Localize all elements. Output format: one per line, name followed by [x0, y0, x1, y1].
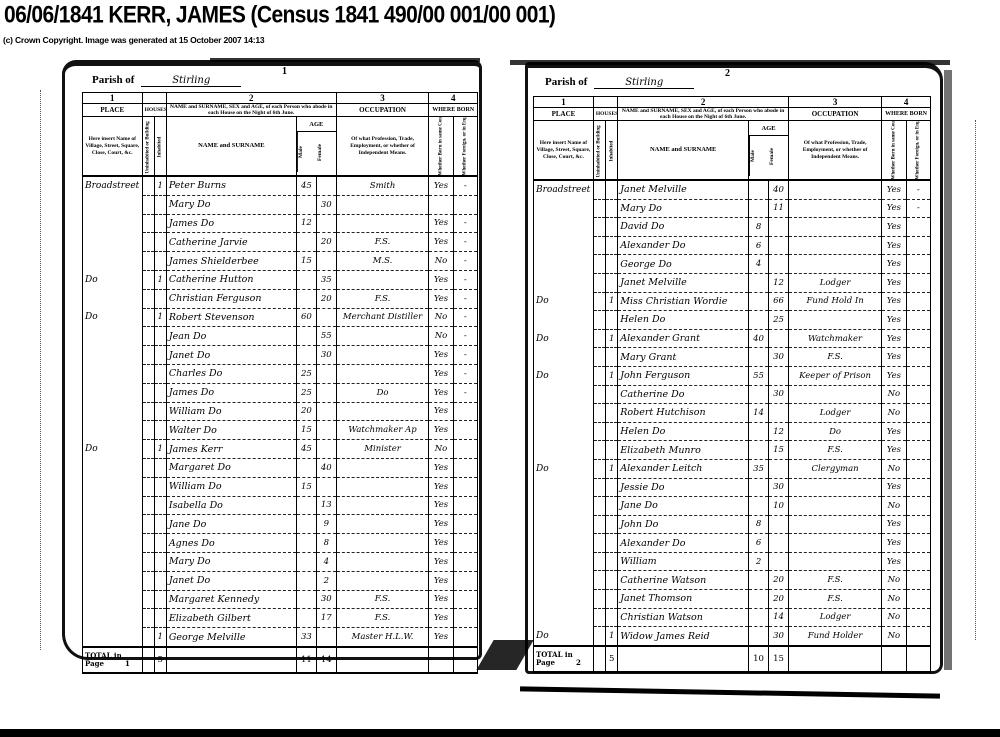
census-row: Do1John Ferguson55Keeper of PrisonYes — [534, 366, 931, 385]
column-number: 4 — [429, 93, 478, 104]
census-row: Agnes Do8Yes — [83, 534, 478, 553]
born-same-county-cell: Yes — [429, 515, 453, 534]
uninhabited-cell — [593, 590, 605, 609]
total-name-blank — [618, 646, 749, 672]
uninhabited-cell — [593, 180, 605, 199]
occupation-cell — [789, 497, 882, 516]
female-age-cell — [316, 383, 336, 402]
census-row: Helen Do25Yes — [534, 311, 931, 330]
name-cell: Janet Melville — [618, 180, 749, 199]
born-same-county-cell: Yes — [429, 364, 453, 383]
inhabited-cell — [606, 478, 618, 497]
total-females: 14 — [316, 647, 336, 673]
place-cell — [534, 608, 594, 627]
born-same-county-cell: No — [429, 308, 453, 327]
inhabited-cell: 1 — [154, 308, 166, 327]
inhabited-cell — [606, 608, 618, 627]
female-age-cell: 40 — [769, 180, 789, 199]
female-age-cell: 12 — [769, 422, 789, 441]
born-same-county-cell: No — [882, 571, 906, 590]
name-cell: Charles Do — [166, 364, 296, 383]
born-same-county-cell: Yes — [429, 609, 453, 628]
male-label: Male — [749, 136, 769, 176]
female-age-cell: 20 — [316, 289, 336, 308]
name-cell: Helen Do — [618, 311, 749, 330]
uninhabited-cell — [593, 534, 605, 553]
female-age-cell — [316, 214, 336, 233]
occupation-cell: F.S. — [789, 348, 882, 367]
uninhabited-cell — [142, 346, 154, 365]
occupation-cell — [336, 515, 429, 534]
inhabited-cell — [154, 590, 166, 609]
born-same-county-cell: Yes — [429, 534, 453, 553]
occupation-cell — [336, 270, 429, 289]
female-age-cell: 30 — [769, 627, 789, 646]
name-subheader: NAME and SURNAME — [166, 117, 296, 177]
column-number — [142, 93, 166, 104]
name-cell: Walter Do — [166, 421, 296, 440]
occupation-cell: Lodger — [789, 608, 882, 627]
name-cell: John Do — [618, 515, 749, 534]
female-age-cell: 30 — [316, 195, 336, 214]
born-elsewhere-cell — [906, 385, 930, 404]
occupation-cell — [789, 218, 882, 237]
census-row: Jessie Do30Yes — [534, 478, 931, 497]
page-edge-shadow — [510, 60, 950, 65]
inhabited-cell — [154, 421, 166, 440]
born-same-county-cell: Yes — [882, 441, 906, 460]
occupation-cell — [789, 552, 882, 571]
occupation-cell: Do — [336, 383, 429, 402]
inhabited-cell — [154, 402, 166, 421]
uninhabited-cell — [142, 458, 154, 477]
inhabited-cell — [606, 311, 618, 330]
census-row: Do1Miss Christian Wordie66Fund Hold InYe… — [534, 292, 931, 311]
born-same-county-cell: Yes — [429, 289, 453, 308]
place-cell — [83, 289, 143, 308]
female-age-cell: 13 — [316, 496, 336, 515]
place-cell — [83, 233, 143, 252]
name-cell: David Do — [618, 218, 749, 237]
born-same-county-cell: No — [882, 404, 906, 423]
born-elsewhere-cell: - — [453, 176, 477, 195]
name-cell: Jessie Do — [618, 478, 749, 497]
occupation-cell — [789, 255, 882, 274]
born-same-county-cell: No — [429, 252, 453, 271]
uninhabited-cell — [593, 459, 605, 478]
uninhabited-cell — [142, 552, 154, 571]
inhabited-cell — [606, 273, 618, 292]
census-row: Catherine Do30No — [534, 385, 931, 404]
place-cell — [534, 236, 594, 255]
page-edge-shadow — [944, 70, 952, 670]
census-row: Robert Hutchison14LodgerNo — [534, 404, 931, 423]
place-cell: Do — [534, 366, 594, 385]
born-elsewhere-cell: - — [453, 289, 477, 308]
place-cell — [83, 628, 143, 647]
name-cell: Helen Do — [618, 422, 749, 441]
occupation-cell — [789, 236, 882, 255]
born-elsewhere-header: Whether Foreign, or in England, or Irela… — [453, 117, 477, 177]
born-elsewhere-cell — [906, 366, 930, 385]
female-age-cell — [769, 515, 789, 534]
total-foreign-blank — [906, 646, 930, 672]
uninhabited-cell — [593, 441, 605, 460]
born-elsewhere-cell — [906, 236, 930, 255]
born-elsewhere-cell — [453, 590, 477, 609]
name-cell: Jane Do — [618, 497, 749, 516]
occupation-cell — [336, 214, 429, 233]
inhabited-cell — [606, 348, 618, 367]
column-number: 1 — [83, 93, 143, 104]
uninhabited-cell — [142, 214, 154, 233]
male-age-cell: 15 — [296, 477, 316, 496]
inhabited-cell — [154, 552, 166, 571]
inhabited-cell — [606, 218, 618, 237]
name-cell: Elizabeth Munro — [618, 441, 749, 460]
place-cell: Do — [83, 440, 143, 459]
born-same-county-cell: Yes — [882, 366, 906, 385]
born-same-county-cell: Yes — [429, 477, 453, 496]
born-elsewhere-cell — [453, 458, 477, 477]
female-age-cell: 10 — [769, 497, 789, 516]
female-age-cell: 30 — [769, 478, 789, 497]
inhabited-cell — [606, 199, 618, 218]
occupation-cell: Lodger — [789, 273, 882, 292]
male-age-cell — [296, 327, 316, 346]
male-age-cell — [749, 627, 769, 646]
male-age-cell — [296, 552, 316, 571]
place-cell — [534, 478, 594, 497]
born-same-county-cell: Yes — [429, 270, 453, 289]
name-cell: Catherine Watson — [618, 571, 749, 590]
name-cell: Janet Thomson — [618, 590, 749, 609]
place-cell — [534, 255, 594, 274]
name-cell: Mary Do — [166, 552, 296, 571]
male-age-cell: 55 — [749, 366, 769, 385]
born-same-county-cell — [429, 195, 453, 214]
name-cell: Janet Do — [166, 571, 296, 590]
born-elsewhere-cell — [906, 422, 930, 441]
total-row: TOTAL in Page251015 — [534, 646, 931, 672]
born-elsewhere-cell — [906, 273, 930, 292]
place-cell: Do — [534, 329, 594, 348]
census-page-right: 2 Parish of Stirling 1234PLACEHOUSESNAME… — [525, 62, 943, 674]
inhabited-cell — [154, 609, 166, 628]
born-elsewhere-cell — [453, 195, 477, 214]
born-elsewhere-cell — [453, 534, 477, 553]
born-elsewhere-cell — [906, 478, 930, 497]
place-cell: Do — [534, 627, 594, 646]
age-header: AGEMaleFemale — [296, 117, 336, 177]
female-age-cell: 15 — [769, 441, 789, 460]
place-cell — [83, 421, 143, 440]
age-label: AGE — [297, 121, 336, 132]
uninhabited-cell — [142, 289, 154, 308]
census-row: Janet Do30Yes- — [83, 346, 478, 365]
female-age-cell — [769, 459, 789, 478]
male-age-cell — [296, 233, 316, 252]
total-inhabited: 5 — [606, 646, 618, 672]
name-cell: Agnes Do — [166, 534, 296, 553]
census-row: Janet Thomson20F.S.No — [534, 590, 931, 609]
born-same-county-cell: Yes — [429, 176, 453, 195]
female-age-cell — [316, 421, 336, 440]
female-age-cell — [769, 534, 789, 553]
uninhabited-cell — [142, 534, 154, 553]
place-cell — [534, 199, 594, 218]
inhabited-cell — [154, 515, 166, 534]
born-elsewhere-header: Whether Foreign, or in England, or Irela… — [906, 121, 930, 181]
male-age-cell — [296, 590, 316, 609]
uninhabited-cell — [593, 422, 605, 441]
born-elsewhere-cell — [906, 608, 930, 627]
female-age-cell: 35 — [316, 270, 336, 289]
male-age-cell — [749, 441, 769, 460]
place-cell — [534, 515, 594, 534]
place-cell: Do — [534, 459, 594, 478]
place-cell: Do — [534, 292, 594, 311]
uninhabited-cell — [142, 477, 154, 496]
female-age-cell — [769, 552, 789, 571]
census-row: Jane Do10No — [534, 497, 931, 516]
inhabited-cell — [154, 214, 166, 233]
born-same-county-cell: Yes — [882, 552, 906, 571]
place-cell — [83, 383, 143, 402]
name-cell: Christian Ferguson — [166, 289, 296, 308]
census-row: Mary Do30 — [83, 195, 478, 214]
occupation-cell — [336, 458, 429, 477]
female-age-cell — [769, 404, 789, 423]
column-number: 3 — [336, 93, 429, 104]
born-same-county-cell: No — [882, 627, 906, 646]
inhabited-cell — [606, 385, 618, 404]
uninhabited-cell — [142, 571, 154, 590]
total-name-blank — [166, 647, 296, 673]
census-row: Catherine Watson20F.S.No — [534, 571, 931, 590]
female-age-cell — [316, 252, 336, 271]
uninhabited-cell — [593, 497, 605, 516]
place-cell — [83, 402, 143, 421]
name-cell: James Do — [166, 383, 296, 402]
occupation-subheader: Of what Profession, Trade, Employment, o… — [336, 117, 429, 177]
male-age-cell — [296, 534, 316, 553]
inhabited-cell — [154, 364, 166, 383]
male-age-cell — [749, 590, 769, 609]
born-same-county-cell: Yes — [429, 628, 453, 647]
place-cell — [83, 346, 143, 365]
uninhabited-cell — [142, 440, 154, 459]
viewer-bottom-bar — [0, 729, 1000, 737]
census-row: Isabella Do13Yes — [83, 496, 478, 515]
inhabited-cell — [606, 422, 618, 441]
female-age-cell: 66 — [769, 292, 789, 311]
census-row: Catherine Jarvie20F.S.Yes- — [83, 233, 478, 252]
where-born-header: WHERE BORN — [429, 104, 478, 117]
inhabited-cell: 1 — [154, 440, 166, 459]
female-age-cell: 20 — [316, 233, 336, 252]
name-cell: William Do — [166, 402, 296, 421]
occupation-cell: Keeper of Prison — [789, 366, 882, 385]
place-cell: Broadstreet continued — [534, 180, 594, 199]
occupation-cell: Merchant Distiller — [336, 308, 429, 327]
place-cell — [534, 311, 594, 330]
occupation-cell: M.S. — [336, 252, 429, 271]
born-elsewhere-cell — [453, 402, 477, 421]
total-occupation-blank — [336, 647, 429, 673]
uninhabited-cell — [142, 308, 154, 327]
column-number — [593, 97, 617, 108]
total-uninhabited — [142, 647, 154, 673]
age-sex-labels: MaleFemale — [297, 132, 336, 172]
census-row: Jane Do9Yes — [83, 515, 478, 534]
parish-label: Parish of — [545, 76, 587, 88]
place-cell — [83, 496, 143, 515]
census-row: Alexander Do6Yes — [534, 236, 931, 255]
census-row: Broadstreet1Peter Burns45SmithYes- — [83, 176, 478, 195]
inhabited-cell: 1 — [606, 627, 618, 646]
male-label: Male — [297, 132, 317, 172]
born-elsewhere-cell — [906, 441, 930, 460]
female-age-cell — [316, 364, 336, 383]
total-born-blank — [882, 646, 906, 672]
born-same-county-cell: Yes — [882, 422, 906, 441]
born-same-county-cell: Yes — [429, 402, 453, 421]
occupation-cell — [336, 327, 429, 346]
male-age-cell — [749, 348, 769, 367]
uninhabited-cell — [593, 218, 605, 237]
occupation-cell — [336, 496, 429, 515]
scan-noise — [40, 90, 41, 650]
place-header: PLACE — [83, 104, 143, 117]
occupation-cell: Lodger — [789, 404, 882, 423]
census-table: 1234PLACEHOUSESNAME and SURNAME, SEX and… — [82, 92, 478, 674]
total-born-blank — [429, 647, 453, 673]
name-cell: Catherine Do — [618, 385, 749, 404]
name-age-header: NAME and SURNAME, SEX and AGE, of each P… — [618, 108, 789, 121]
female-age-cell — [769, 236, 789, 255]
name-cell: Jane Do — [166, 515, 296, 534]
born-elsewhere-cell: - — [453, 252, 477, 271]
born-elsewhere-cell — [906, 627, 930, 646]
female-age-cell — [769, 366, 789, 385]
census-row: Christian Ferguson20F.S.Yes- — [83, 289, 478, 308]
occupation-cell: F.S. — [336, 609, 429, 628]
uninhabited-cell — [593, 311, 605, 330]
born-same-county-cell: Yes — [882, 311, 906, 330]
place-cell — [83, 552, 143, 571]
male-age-cell: 6 — [749, 236, 769, 255]
name-cell: Mary Grant — [618, 348, 749, 367]
inhabited-cell — [154, 233, 166, 252]
uninhabited-cell — [142, 327, 154, 346]
male-age-cell: 6 — [749, 534, 769, 553]
born-elsewhere-cell — [906, 497, 930, 516]
census-row: Janet Do2Yes — [83, 571, 478, 590]
occupation-cell: Do — [789, 422, 882, 441]
total-label: TOTAL in Page2 — [534, 646, 594, 672]
name-cell: James Do — [166, 214, 296, 233]
uninhabited-cell — [593, 385, 605, 404]
occupation-cell: F.S. — [789, 571, 882, 590]
parish-value: Stirling — [141, 75, 241, 87]
male-age-cell — [296, 289, 316, 308]
name-cell: Alexander Leitch — [618, 459, 749, 478]
census-row: James Do12Yes- — [83, 214, 478, 233]
male-age-cell: 35 — [749, 459, 769, 478]
total-males: 11 — [296, 647, 316, 673]
census-row: Do1Widow James Reid30Fund HolderNo — [534, 627, 931, 646]
male-age-cell — [749, 478, 769, 497]
place-cell — [534, 422, 594, 441]
page-edge-shadow — [210, 58, 480, 62]
occupation-cell: F.S. — [789, 441, 882, 460]
male-age-cell — [749, 422, 769, 441]
uninhabited-cell — [593, 571, 605, 590]
parish-value: Stirling — [594, 77, 694, 89]
total-row: TOTAL in Page151114 — [83, 647, 478, 673]
place-cell — [534, 218, 594, 237]
inhabited-cell: 1 — [154, 270, 166, 289]
total-males: 10 — [749, 646, 769, 672]
uninhabited-cell — [142, 402, 154, 421]
born-same-county-header: Whether Born in same County — [882, 121, 906, 181]
female-age-cell: 30 — [769, 348, 789, 367]
census-row: Elizabeth Munro15F.S.Yes — [534, 441, 931, 460]
occupation-cell: Clergyman — [789, 459, 882, 478]
census-row: James Shielderbee15M.S.No- — [83, 252, 478, 271]
female-age-cell: 20 — [769, 590, 789, 609]
female-age-cell: 14 — [769, 608, 789, 627]
female-age-cell — [769, 255, 789, 274]
census-row: Walter Do15Watchmaker ApYes — [83, 421, 478, 440]
census-row: George Do4Yes — [534, 255, 931, 274]
census-row: James Do25DoYes- — [83, 383, 478, 402]
total-label: TOTAL in Page1 — [83, 647, 143, 673]
census-row: Do1Robert Stevenson60Merchant DistillerN… — [83, 308, 478, 327]
inhabited-cell — [154, 195, 166, 214]
column-number: 2 — [618, 97, 789, 108]
born-same-county-cell: Yes — [429, 552, 453, 571]
inhabited-cell — [606, 255, 618, 274]
column-number: 4 — [882, 97, 931, 108]
census-row: 1George Melville33Master H.L.W.Yes — [83, 628, 478, 647]
female-age-cell — [316, 402, 336, 421]
uninhabited-cell — [142, 383, 154, 402]
born-elsewhere-cell — [906, 515, 930, 534]
census-row: Broadstreet continuedJanet Melville40Yes… — [534, 180, 931, 199]
place-cell — [534, 441, 594, 460]
male-age-cell — [749, 199, 769, 218]
male-age-cell — [296, 195, 316, 214]
name-subheader: NAME and SURNAME — [618, 121, 749, 181]
name-cell: Isabella Do — [166, 496, 296, 515]
born-same-county-cell: No — [882, 459, 906, 478]
born-same-county-cell: Yes — [882, 180, 906, 199]
male-age-cell — [296, 515, 316, 534]
born-same-county-cell: Yes — [429, 346, 453, 365]
born-same-county-cell: Yes — [429, 590, 453, 609]
male-age-cell — [749, 497, 769, 516]
uninhabited-header: Uninhabited or Building — [593, 121, 605, 181]
uninhabited-cell — [593, 366, 605, 385]
name-cell: Margaret Kennedy — [166, 590, 296, 609]
page-number: 2 — [725, 68, 730, 79]
occupation-cell: F.S. — [336, 590, 429, 609]
occupation-cell — [336, 364, 429, 383]
census-row: John Do8Yes — [534, 515, 931, 534]
name-cell: James Kerr — [166, 440, 296, 459]
